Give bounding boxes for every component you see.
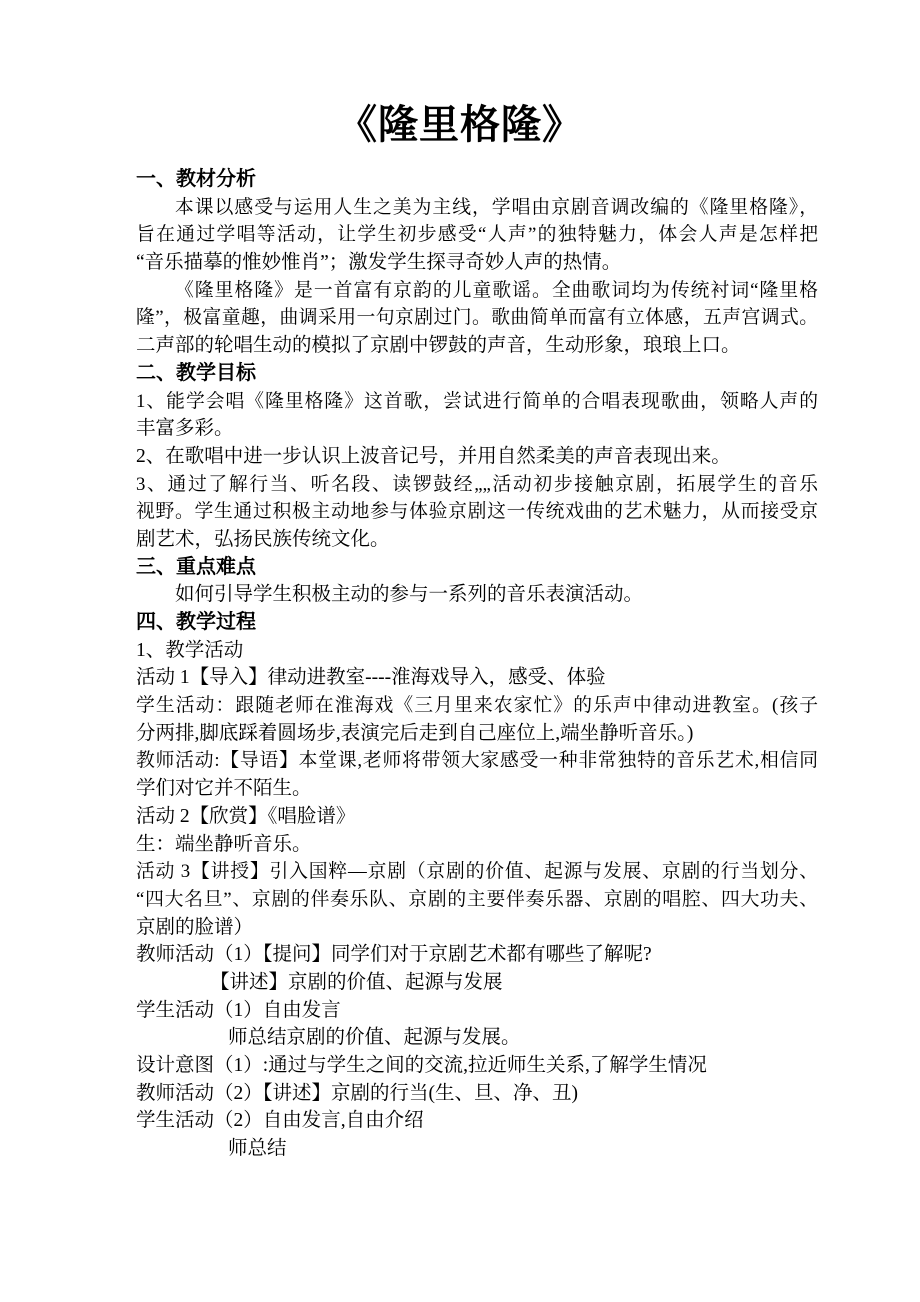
document-title: 《隆里格隆》: [0, 98, 920, 152]
text-line: 教师活动:【导语】本堂课,老师将带领大家感受一种非常独特的音乐艺术,相信同: [136, 747, 818, 775]
text-line: 京剧的脸谱）: [136, 914, 818, 942]
text-line: 生：端坐静听音乐。: [136, 831, 818, 859]
section-heading: 三、重点难点: [136, 554, 818, 582]
text-line: 设计意图（1）:通过与学生之间的交流,拉近师生关系,了解学生情况: [136, 1052, 818, 1080]
text-line: 【讲述】京剧的价值、起源与发展: [136, 969, 818, 997]
text-line: “音乐描摹的惟妙惟肖”；激发学生探寻奇妙人声的热情。: [136, 249, 818, 277]
text-line: 学生活动：跟随老师在淮海戏《三月里来农家忙》的乐声中律动进教室。(孩子: [136, 692, 818, 720]
text-line: 本课以感受与运用人生之美为主线，学唱由京剧音调改编的《隆里格隆》，: [136, 194, 818, 222]
document-body: 一、教材分析本课以感受与运用人生之美为主线，学唱由京剧音调改编的《隆里格隆》，旨…: [136, 166, 818, 1163]
text-line: “四大名旦”、京剧的伴奏乐队、京剧的主要伴奏乐器、京剧的唱腔、四大功夫、: [136, 886, 818, 914]
section-heading: 一、教材分析: [136, 166, 818, 194]
text-line: 旨在通过学唱等活动，让学生初步感受“人声”的独特魅力，体会人声是怎样把: [136, 221, 818, 249]
text-line: 剧艺术，弘扬民族传统文化。: [136, 526, 818, 554]
section-heading: 二、教学目标: [136, 360, 818, 388]
text-line: 教师活动（1）【提问】同学们对于京剧艺术都有哪些了解呢?: [136, 941, 818, 969]
text-line: 师总结京剧的价值、起源与发展。: [136, 1024, 818, 1052]
text-line: 二声部的轮唱生动的模拟了京剧中锣鼓的声音，生动形象，琅琅上口。: [136, 332, 818, 360]
text-line: 分两排,脚底踩着圆场步,表演完后走到自己座位上,端坐静听音乐。): [136, 720, 818, 748]
text-line: 师总结: [136, 1135, 818, 1163]
text-line: 2、在歌唱中进一步认识上波音记号，并用自然柔美的声音表现出来。: [136, 443, 818, 471]
text-line: 活动 1【导入】律动进教室----淮海戏导入，感受、体验: [136, 664, 818, 692]
text-line: 视野。学生通过积极主动地参与体验京剧这一传统戏曲的艺术魅力，从而接受京: [136, 498, 818, 526]
section-heading: 四、教学过程: [136, 609, 818, 637]
text-line: 丰富多彩。: [136, 415, 818, 443]
text-line: 学们对它并不陌生。: [136, 775, 818, 803]
document-page: 《隆里格隆》 一、教材分析本课以感受与运用人生之美为主线，学唱由京剧音调改编的《…: [0, 0, 920, 1302]
text-line: 3、通过了解行当、听名段、读锣鼓经„„活动初步接触京剧，拓展学生的音乐: [136, 471, 818, 499]
text-line: 学生活动（1）自由发言: [136, 997, 818, 1025]
text-line: 1、教学活动: [136, 637, 818, 665]
text-line: 《隆里格隆》是一首富有京韵的儿童歌谣。全曲歌词均为传统衬词“隆里格: [136, 277, 818, 305]
text-line: 隆”，极富童趣，曲调采用一句京剧过门。歌曲简单而富有立体感，五声宫调式。: [136, 304, 818, 332]
text-line: 教师活动（2）【讲述】京剧的行当(生、旦、净、丑): [136, 1080, 818, 1108]
text-line: 学生活动（2）自由发言,自由介绍: [136, 1107, 818, 1135]
text-line: 1、能学会唱《隆里格隆》这首歌，尝试进行简单的合唱表现歌曲，领略人声的: [136, 388, 818, 416]
text-line: 活动 3【讲授】引入国粹—京剧（京剧的价值、起源与发展、京剧的行当划分、: [136, 858, 818, 886]
text-line: 活动 2【欣赏】《唱脸谱》: [136, 803, 818, 831]
text-line: 如何引导学生积极主动的参与一系列的音乐表演活动。: [136, 581, 818, 609]
